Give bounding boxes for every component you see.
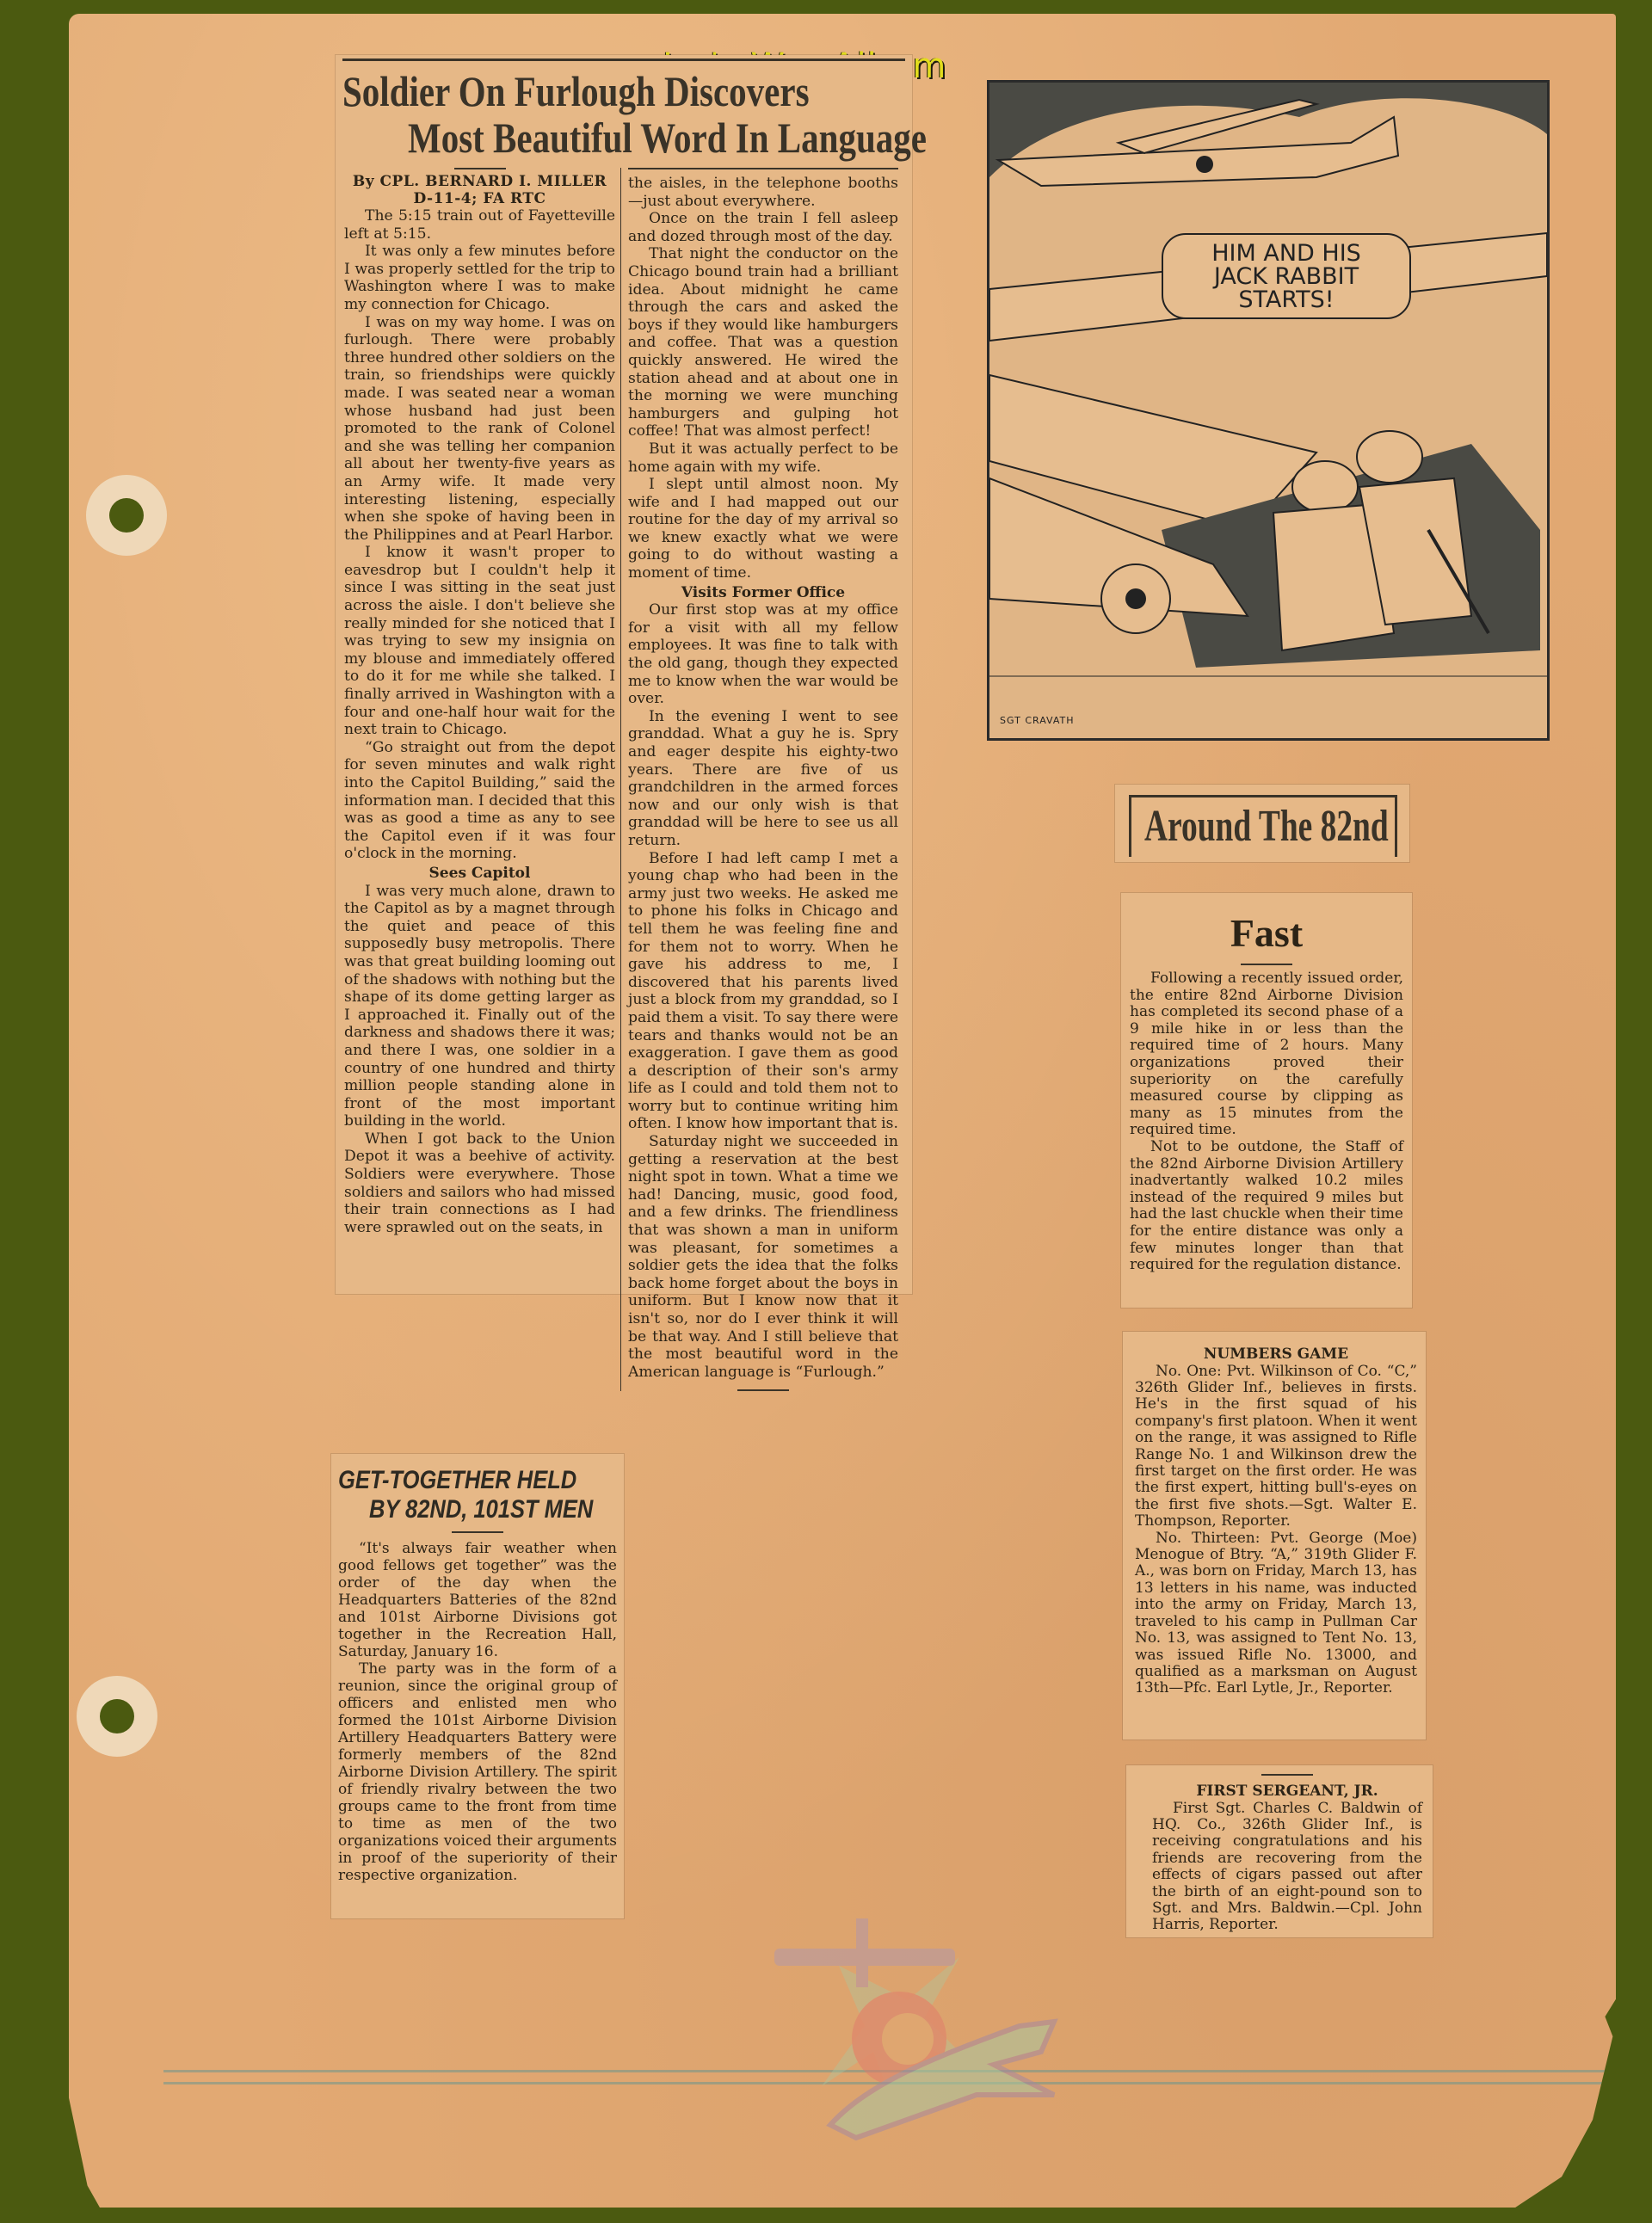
- rule: [628, 168, 898, 169]
- speech-bubble: HIM AND HIS JACK RABBIT STARTS!: [1162, 233, 1411, 319]
- article-fast: Fast Following a recently issued order, …: [1121, 893, 1412, 1308]
- headline-first-sergeant: FIRST SERGEANT, JR.: [1152, 1783, 1422, 1801]
- byline-author: By CPL. BERNARD I. MILLER: [344, 173, 615, 190]
- paragraph: the aisles, in the telephone booths —jus…: [628, 175, 898, 210]
- headline-line-1: GET-TOGETHER HELD: [338, 1466, 575, 1495]
- column-1-body: The 5:15 train out of Fayetteville left …: [344, 207, 615, 863]
- paragraph: First Sgt. Charles C. Baldwin of HQ. Co.…: [1152, 1801, 1422, 1934]
- headline-numbers-game: NUMBERS GAME: [1135, 1345, 1417, 1364]
- numbers-game-body: No. One: Pvt. Wilkinson of Co. “C,” 326t…: [1135, 1364, 1417, 1697]
- headline-line-2: Most Beautiful Word In Language: [408, 114, 822, 161]
- headline-line-1: Soldier On Furlough Discovers: [342, 68, 810, 114]
- article-soldier-on-furlough: Soldier On Furlough Discovers Most Beaut…: [336, 55, 912, 1294]
- paragraph: Following a recently issued order, the e…: [1130, 970, 1403, 1139]
- end-rule: [737, 1389, 789, 1391]
- cartoonist-signature: SGT CRAVATH: [1000, 715, 1075, 726]
- rule: [342, 58, 905, 61]
- column-1: By CPL. BERNARD I. MILLER D-11-4; FA RTC…: [336, 168, 621, 1391]
- headline-fast: Fast: [1130, 908, 1403, 958]
- rule: [452, 1531, 503, 1533]
- paragraph: It was only a few minutes before I was p…: [344, 243, 615, 313]
- paragraph: I slept until almost noon. My wife and I…: [628, 476, 898, 582]
- cartoon-panel: HIM AND HIS JACK RABBIT STARTS! SGT CRAV…: [987, 80, 1550, 741]
- paragraph: “Go straight out from the depot for seve…: [344, 739, 615, 863]
- speech-line: JACK RABBIT: [1163, 265, 1409, 288]
- fast-body: Following a recently issued order, the e…: [1130, 970, 1403, 1274]
- paragraph: That night the conductor on the Chicago …: [628, 245, 898, 440]
- paragraph: Before I had left camp I met a young cha…: [628, 850, 898, 1134]
- paragraph: “It's always fair weather when good fell…: [338, 1540, 617, 1660]
- rule: [454, 168, 506, 169]
- paragraph: I was very much alone, drawn to the Capi…: [344, 883, 615, 1130]
- punch-hole-bottom: [77, 1676, 157, 1757]
- rule: [1261, 1774, 1313, 1776]
- byline-unit: D-11-4; FA RTC: [344, 190, 615, 207]
- speech-line: STARTS!: [1163, 288, 1409, 311]
- speech-line: HIM AND HIS: [1163, 242, 1409, 265]
- punch-hole-top: [86, 475, 167, 556]
- paragraph: But it was actually perfect to be home a…: [628, 440, 898, 476]
- paragraph: No. Thirteen: Pvt. George (Moe) Menogue …: [1135, 1530, 1417, 1697]
- column-2-body: the aisles, in the telephone booths —jus…: [628, 175, 898, 582]
- column-2: the aisles, in the telephone booths —jus…: [621, 168, 905, 1391]
- masthead-around-the-82nd: Around The 82nd: [1115, 785, 1409, 862]
- masthead-title: Around The 82nd: [1144, 804, 1389, 850]
- first-sergeant-body: First Sgt. Charles C. Baldwin of HQ. Co.…: [1152, 1801, 1422, 1934]
- paragraph: Not to be outdone, the Staff of the 82nd…: [1130, 1139, 1403, 1274]
- rule: [1241, 964, 1292, 965]
- subhead-sees-capitol: Sees Capitol: [344, 865, 615, 883]
- paragraph: Saturday night we succeeded in getting a…: [628, 1133, 898, 1381]
- cartoon-drawing: [989, 83, 1547, 738]
- paragraph: In the evening I went to see granddad. W…: [628, 708, 898, 850]
- article-get-together: GET-TOGETHER HELD BY 82ND, 101ST MEN “It…: [331, 1454, 624, 1918]
- article-first-sergeant-jr: FIRST SERGEANT, JR. First Sgt. Charles C…: [1126, 1765, 1433, 1937]
- subhead-visits-former-office: Visits Former Office: [628, 584, 898, 602]
- airborne-emblem: [736, 1914, 1063, 2146]
- byline: By CPL. BERNARD I. MILLER D-11-4; FA RTC: [344, 173, 615, 207]
- headline-line-2: BY 82ND, 101ST MEN: [369, 1495, 580, 1524]
- paragraph: I was on my way home. I was on furlough.…: [344, 314, 615, 545]
- paragraph: The 5:15 train out of Fayetteville left …: [344, 207, 615, 243]
- column-1-body-b: I was very much alone, drawn to the Capi…: [344, 883, 615, 1237]
- column-2-body-b: Our first stop was at my office for a vi…: [628, 601, 898, 1381]
- get-together-body: “It's always fair weather when good fell…: [338, 1540, 617, 1884]
- paragraph: Once on the train I fell asleep and doze…: [628, 210, 898, 245]
- paragraph: When I got back to the Union Depot it wa…: [344, 1130, 615, 1237]
- paragraph: I know it wasn't proper to eavesdrop but…: [344, 544, 615, 739]
- paragraph: Our first stop was at my office for a vi…: [628, 601, 898, 708]
- paragraph: No. One: Pvt. Wilkinson of Co. “C,” 326t…: [1135, 1364, 1417, 1530]
- article-numbers-game: NUMBERS GAME No. One: Pvt. Wilkinson of …: [1123, 1332, 1426, 1740]
- paragraph: The party was in the form of a reunion, …: [338, 1660, 617, 1884]
